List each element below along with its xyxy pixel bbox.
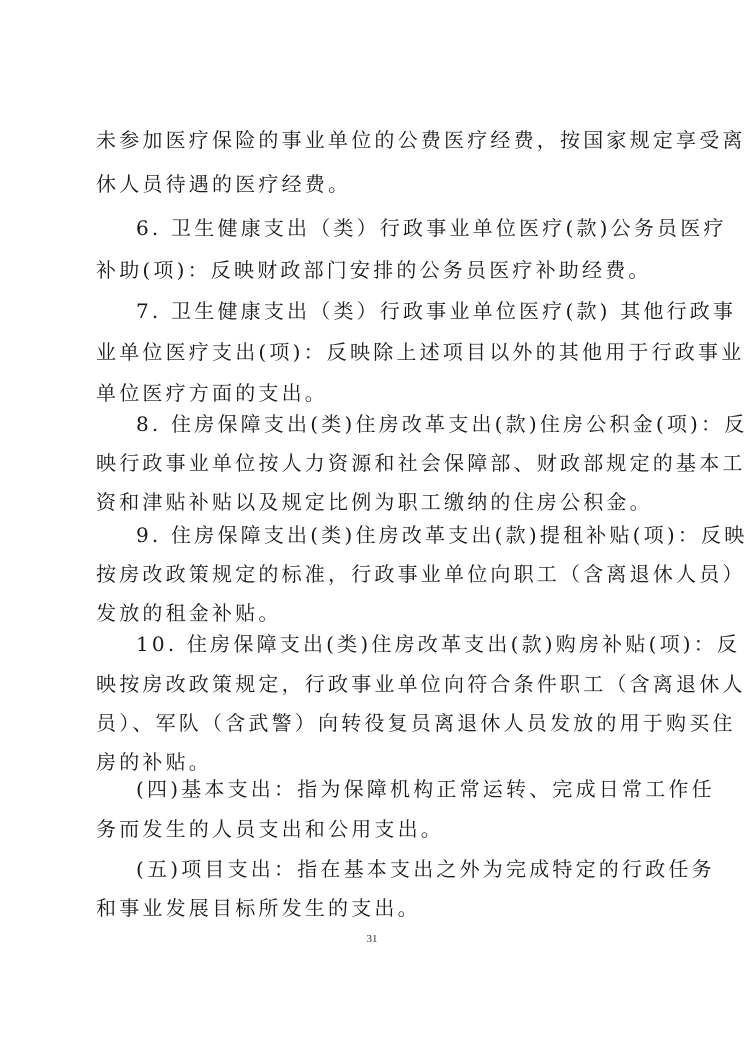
text-line: 单位医疗方面的支出。 [96, 381, 328, 405]
text-line: 和事业发展目标所发生的支出。 [96, 896, 421, 920]
text-line: 7. 卫生健康支出（类）行政事业单位医疗(款) 其他行政事 [136, 299, 736, 323]
text-line: 按房改政策规定的标准，行政事业单位向职工（含离退休人员） [96, 562, 744, 586]
text-line: 9. 住房保障支出(类)住房改革支出(款)提租补贴(项)：反映 [136, 523, 744, 547]
text-line: 映按房改政策规定，行政事业单位向符合条件职工（含离退休人 [96, 672, 744, 696]
text-line: (五)项目支出：指在基本支出之外为完成特定的行政任务 [136, 857, 715, 881]
text-line: 资和津贴补贴以及规定比例为职工缴纳的住房公积金。 [96, 490, 653, 514]
text-line: 映行政事业单位按人力资源和社会保障部、财政部规定的基本工 [96, 451, 744, 475]
text-line: 6. 卫生健康支出（类）行政事业单位医疗(款)公务员医疗 [136, 216, 727, 240]
text-line: 务而发生的人员支出和公用支出。 [96, 817, 444, 841]
document-page: 未参加医疗保险的事业单位的公费医疗经费，按国家规定享受离 休人员待遇的医疗经费。… [0, 0, 744, 1052]
text-line: 房的补贴。 [96, 750, 212, 774]
text-line: 休人员待遇的医疗经费。 [96, 172, 351, 196]
text-line: 员）、军队（含武警）向转役复员离退休人员发放的用于购买住 [96, 711, 736, 735]
text-line: 10. 住房保障支出(类)住房改革支出(款)购房补贴(项)：反 [136, 632, 740, 656]
text-line: 业单位医疗支出(项)：反映除上述项目以外的其他用于行政事业 [96, 340, 744, 364]
text-line: 8. 住房保障支出(类)住房改革支出(款)住房公积金(项)：反 [136, 412, 744, 436]
text-line: (四)基本支出：指为保障机构正常运转、完成日常工作任 [136, 777, 715, 801]
text-line: 补助(项)：反映财政部门安排的公务员医疗补助经费。 [96, 258, 652, 282]
page-number: 31 [0, 933, 744, 945]
text-line: 发放的租金补贴。 [96, 601, 282, 625]
text-line: 未参加医疗保险的事业单位的公费医疗经费，按国家规定享受离 [96, 128, 744, 152]
